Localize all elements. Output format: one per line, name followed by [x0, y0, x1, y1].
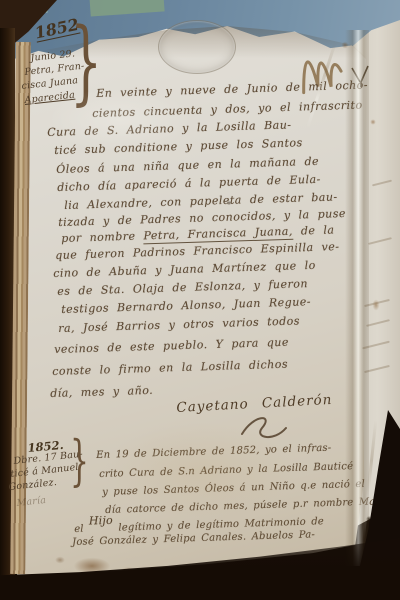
interlinear-insertion: Hijo [89, 514, 113, 528]
line-post: de la [293, 223, 335, 237]
entry2-brace: } [70, 434, 89, 488]
signature-rubric [238, 416, 290, 444]
line-pre: el [74, 524, 89, 535]
line-pre: por nombre [61, 229, 144, 245]
embossed-seal [158, 20, 236, 74]
